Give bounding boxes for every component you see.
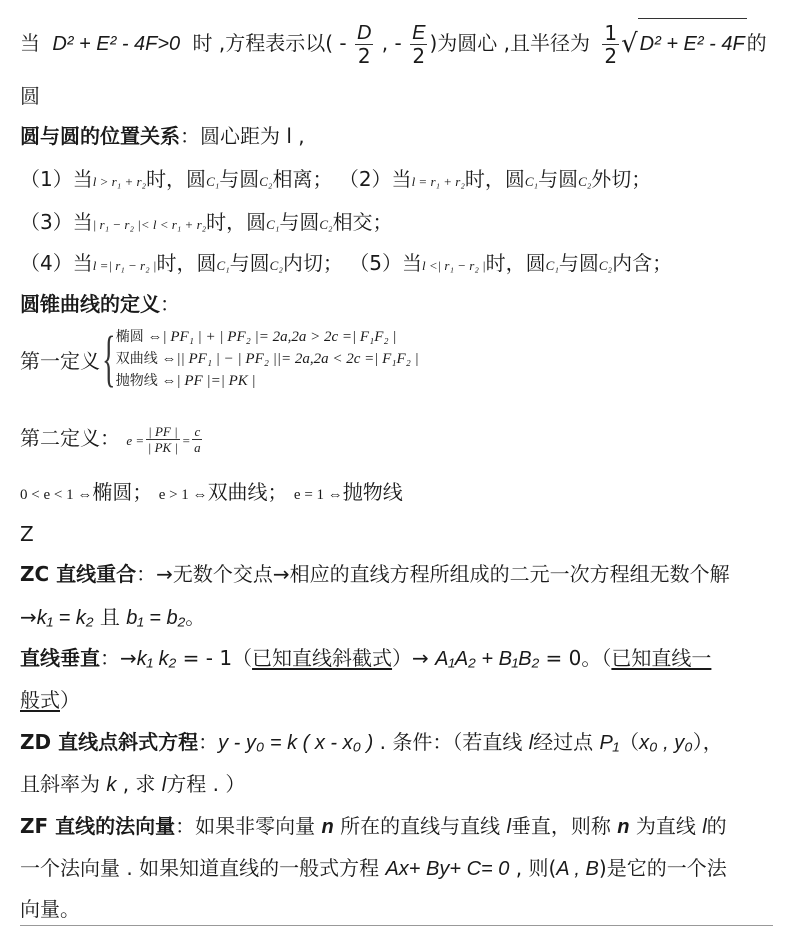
text: 外切； (591, 167, 651, 191)
perp-line-2: 般式） (20, 686, 80, 714)
math: C₁ (266, 217, 279, 232)
definition-list: 椭圆 ⇔| PF₁ | + | PF₂ |= 2a,2a > 2c =| F₁F… (116, 326, 419, 392)
text: ：→无数个交点→相应的直线方程所组成的二元一次方程组无数个解 (136, 562, 730, 586)
fraction-e-over-2: E2 (410, 22, 427, 67)
horizontal-divider (20, 925, 773, 926)
math: A , B (556, 858, 599, 880)
first-definition-label: 第一定义 (20, 345, 100, 374)
text: = 0。（ (539, 646, 611, 670)
math: y - y₀ = k ( x - x₀ ) (218, 732, 373, 754)
numerator: | PF | (146, 424, 180, 440)
formula: ⇔| PF |=| PK | (158, 373, 256, 389)
math: P₁ (600, 732, 620, 754)
text: ）→ (392, 646, 435, 670)
term: 抛物线 (116, 373, 158, 389)
numerator: D (355, 22, 373, 45)
math: C₂ (578, 174, 591, 189)
text: ） (60, 688, 80, 712)
math: C₂ (270, 258, 283, 273)
text: （2）当 (339, 167, 412, 191)
text: （ (619, 730, 639, 754)
text: ： (160, 292, 180, 316)
text: 为直线 (629, 814, 702, 838)
fraction-one-half: 12 (602, 22, 619, 67)
math: C₁ (216, 258, 229, 273)
text: 相交； (333, 210, 393, 234)
math-condition: | r₁ − r₂ |< l < r₁ + r₂ (93, 217, 206, 232)
text: 且斜率为 (20, 772, 106, 796)
zc-line-1: ZC 直线重合：→无数个交点→相应的直线方程所组成的二元一次方程组无数个解 (20, 560, 730, 588)
text: - (333, 31, 353, 55)
text: （5）当 (349, 251, 422, 275)
perp-line-1: 直线垂直：→k₁ k₂ = - 1（已知直线斜截式）→ A₁A₂ + B₁B₂ … (20, 644, 711, 673)
math: b₁ = b₂ (126, 607, 185, 629)
second-definition-label: 第二定义： (20, 426, 120, 450)
text: 经过点 (533, 730, 599, 754)
section-title: ZF 直线的法向量 (20, 814, 175, 838)
formula: ⇔| PF₁ | + | PF₂ |= 2a,2a > 2c =| F₁F₂ | (144, 329, 397, 345)
text: 抛物线 (343, 480, 403, 504)
zf-line-1: ZF 直线的法向量：如果非零向量 n 所在的直线与直线 l垂直，则称 n 为直线… (20, 812, 727, 841)
text: ：圆心距为 l , (180, 124, 305, 148)
math: C₂ (259, 174, 272, 189)
eccentricity-line: 0 < e < 1 ⇔椭圆； e > 1 ⇔双曲线； e = 1 ⇔抛物线 (20, 478, 403, 509)
text: 与圆 (279, 210, 319, 234)
math: k (106, 774, 116, 796)
text: 当 (20, 31, 40, 55)
text: )是它的一个法 (599, 856, 727, 880)
text: 时，圆 (146, 167, 206, 191)
math-condition: l <| r₁ − r₂ | (422, 258, 486, 273)
math: C₁ (525, 174, 538, 189)
fraction-d-over-2: D2 (355, 22, 373, 67)
text: , 则( (509, 856, 556, 880)
numerator: E (410, 22, 427, 45)
text: = - 1（ (176, 646, 252, 670)
text: 椭圆； (92, 480, 152, 504)
section-title: ZD 直线点斜式方程 (20, 730, 198, 754)
math-condition: l = r₁ + r₂ (412, 174, 465, 189)
fraction-c-over-a: ca (192, 424, 202, 455)
z-letter: Z (20, 520, 34, 548)
denominator: a (194, 440, 201, 455)
text: 与圆 (559, 251, 599, 275)
formula: ⇔|| PF₁ | − | PF₂ ||= 2a,2a < 2c =| F₁F₂… (158, 351, 419, 367)
text: ：如果非零向量 (175, 814, 321, 838)
definition-ellipse: 椭圆 ⇔| PF₁ | + | PF₂ |= 2a,2a > 2c =| F₁F… (116, 326, 419, 348)
text: （3）当 (20, 210, 93, 234)
text: ）， (693, 730, 723, 754)
zc-line-2: →k₁ = k₂ 且 b₁ = b₂。 (20, 603, 205, 632)
text: 一个法向量 . 如果知道直线的一般式方程 (20, 856, 385, 880)
math: x₀ , y₀ (639, 732, 693, 754)
numerator: c (192, 424, 202, 440)
text: 与圆 (230, 251, 270, 275)
text: 时，圆 (465, 167, 525, 191)
text: 时，圆 (156, 251, 216, 275)
circle-line-2: 圆 (20, 82, 40, 110)
relation-row-1: （1）当l > r₁ + r₂时，圆C₁与圆C₂相离； （2）当l = r₁ +… (20, 165, 651, 196)
math: C₂ (319, 217, 332, 232)
term: 椭圆 (116, 329, 144, 345)
section-title: 直线垂直 (20, 646, 100, 670)
text: 与圆 (538, 167, 578, 191)
text: 且 (94, 605, 127, 629)
second-definition: 第二定义： e =| PF || PK |=ca (20, 420, 204, 459)
text: 双曲线； (208, 480, 288, 504)
conic-heading: 圆锥曲线的定义： (20, 290, 180, 318)
math: C₂ (599, 258, 612, 273)
math: A₁A₂ + B₁B₂ (435, 648, 539, 670)
definition-parabola: 抛物线 ⇔| PF |=| PK | (116, 370, 419, 392)
underlined-text: 般式 (20, 688, 60, 712)
math: k₁ k₂ (137, 648, 177, 670)
math-condition: 0 < e < 1 ⇔ (20, 487, 92, 503)
text: 与圆 (219, 167, 259, 191)
definition-hyperbola: 双曲线 ⇔|| PF₁ | − | PF₂ ||= 2a,2a < 2c =| … (116, 348, 419, 370)
sqrt-icon: √ (621, 29, 638, 59)
math: C₁ (206, 174, 219, 189)
circle-relations-heading: 圆与圆的位置关系：圆心距为 l , (20, 122, 305, 150)
first-definition: 第一定义 { 椭圆 ⇔| PF₁ | + | PF₂ |= 2a,2a > 2c… (20, 326, 419, 392)
text: 时，圆 (486, 251, 546, 275)
numerator: 1 (602, 22, 619, 45)
text: ：→ (100, 646, 137, 670)
text: ： (198, 730, 218, 754)
left-brace-icon: { (102, 328, 115, 390)
text: （1）当 (20, 167, 93, 191)
arrow-icon: → (20, 605, 37, 629)
zf-line-2: 一个法向量 . 如果知道直线的一般式方程 Ax+ By+ C= 0 , 则(A … (20, 854, 727, 883)
radicand: D² + E² - 4F (638, 18, 747, 69)
text: 内切； (283, 251, 343, 275)
underlined-text: 已知直线斜截式 (252, 646, 392, 670)
denominator: | PK | (148, 440, 178, 455)
zf-line-3: 向量。 (20, 895, 80, 923)
math: k₁ = k₂ (37, 607, 94, 629)
text: 的 (707, 814, 727, 838)
text: 内含； (612, 251, 672, 275)
text: 时 ,方程表示以( (193, 31, 334, 55)
fraction-pf-over-pk: | PF || PK | (146, 424, 180, 455)
text: 相离； (272, 167, 332, 191)
relation-row-3: （3）当| r₁ − r₂ |< l < r₁ + r₂时，圆C₁与圆C₂相交； (20, 208, 393, 239)
math: C₁ (546, 258, 559, 273)
math-condition: l =| r₁ − r₂ | (93, 258, 157, 273)
underlined-text: 已知直线一 (611, 646, 711, 670)
section-title: 圆锥曲线的定义 (20, 292, 160, 316)
zd-line-1: ZD 直线点斜式方程：y - y₀ = k ( x - x₀ ) . 条件：（若… (20, 728, 723, 757)
denominator: 2 (604, 45, 617, 67)
denominator: 2 (358, 45, 371, 67)
text: （4）当 (20, 251, 93, 275)
math: e = (126, 433, 144, 448)
math-condition: e = 1 ⇔ (294, 487, 343, 503)
relation-row-4: （4）当l =| r₁ − r₂ |时，圆C₁与圆C₂内切； （5）当l <| … (20, 249, 672, 280)
math-condition: e > 1 ⇔ (159, 487, 208, 503)
text: 垂直，则称 (511, 814, 617, 838)
text: )为圆心 ,且半径为 (429, 31, 590, 55)
term: 双曲线 (116, 351, 158, 367)
math: = (182, 433, 191, 448)
circle-equation-line: 当 D² + E² - 4F>0 时 ,方程表示以( - D2 , - E2)为… (20, 18, 767, 69)
text: 所在的直线与直线 (334, 814, 507, 838)
math-condition: D² + E² - 4F>0 (52, 33, 180, 55)
math: Ax+ By+ C= 0 (385, 858, 509, 880)
zd-line-2: 且斜率为 k , 求 l方程 . ） (20, 770, 245, 799)
text: , - (375, 31, 408, 55)
section-title: ZC 直线重合 (20, 562, 136, 586)
text: 时，圆 (206, 210, 266, 234)
math-vector: n (617, 816, 629, 838)
text: 。 (185, 605, 205, 629)
text: 的 (747, 31, 767, 55)
math-vector: n (322, 816, 334, 838)
section-title: 圆与圆的位置关系 (20, 124, 180, 148)
denominator: 2 (412, 45, 425, 67)
text: , 求 (116, 772, 161, 796)
math-condition: l > r₁ + r₂ (93, 174, 146, 189)
text: . 条件：（若直线 (373, 730, 528, 754)
text: 方程 . ） (166, 772, 245, 796)
